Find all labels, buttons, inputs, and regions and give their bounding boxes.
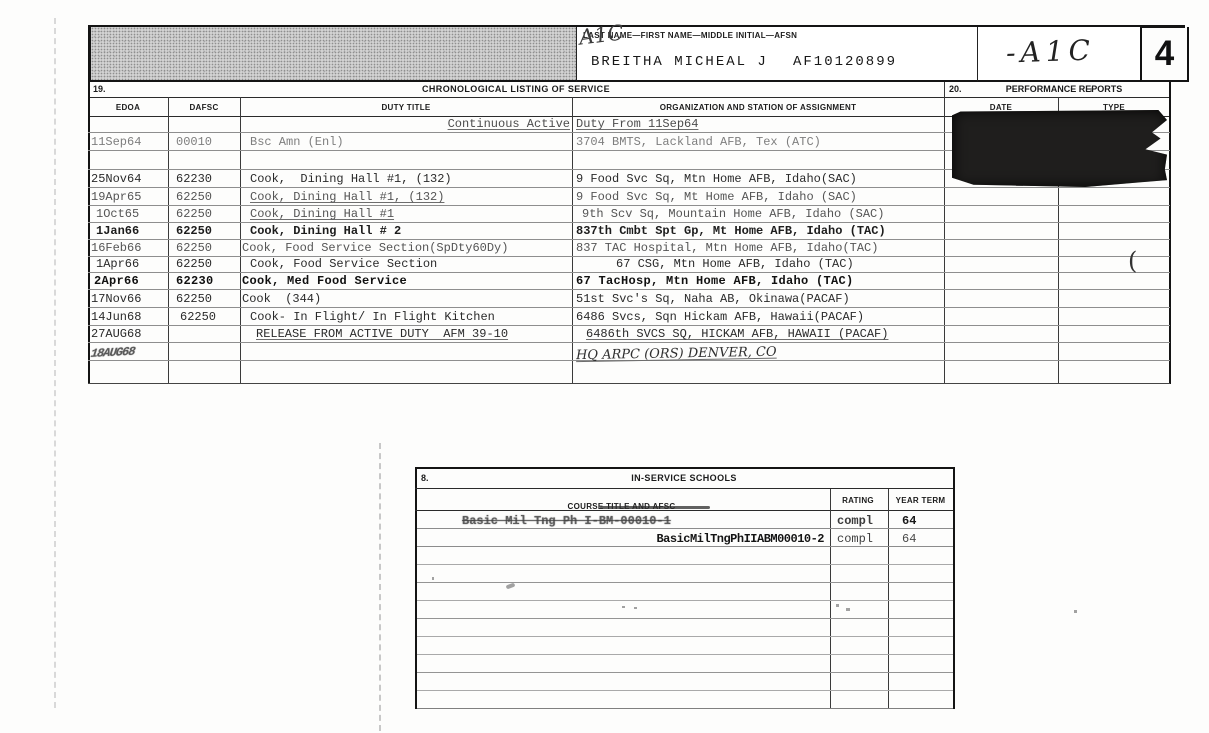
table-row: 1Oct65 62250 Cook, Dining Hall #1 9th Sc…	[88, 206, 1170, 223]
cell-edoa: 11Sep64	[88, 135, 168, 150]
service-record-form: LAST NAME—FIRST NAME—MIDDLE INITIAL—AFSN…	[88, 25, 1185, 385]
cell-duty: Cook, Dining Hall #1, (132)	[240, 172, 572, 187]
service-member-name: BREITHA MICHEAL J	[591, 54, 768, 70]
school-row-empty	[417, 565, 953, 583]
cell-org: 837th Cmbt Spt Gp, Mt Home AFB, Idaho (T…	[572, 224, 944, 239]
cell-edoa-stamp: 18AUG68	[87, 343, 169, 362]
continuous-duty-left: Continuous Active	[240, 117, 572, 132]
section-19-bar: 19. CHRONOLOGICAL LISTING OF SERVICE	[88, 82, 944, 97]
col-year-term: YEAR TERM	[888, 496, 953, 505]
cell-org: 9th Scv Sq, Mountain Home AFB, Idaho (SA…	[572, 207, 944, 222]
cell-dafsc: 62250	[168, 207, 240, 222]
section-20-title: PERFORMANCE REPORTS	[958, 84, 1170, 94]
grade-annotation-box: -A1C	[977, 27, 1141, 82]
section-8-title: IN-SERVICE SCHOOLS	[415, 473, 953, 483]
redaction-block	[952, 110, 1167, 187]
col-course-title: COURSE TITLE AND AFSC	[415, 502, 828, 511]
cell-edoa: 27AUG68	[88, 327, 168, 342]
cell-org: 6486th SVCS SQ, HICKAM AFB, HAWAII (PACA…	[572, 327, 944, 342]
col-duty-title: DUTY TITLE	[240, 103, 572, 112]
scan-speck	[846, 608, 850, 611]
cell-duty: Bsc Amn (Enl)	[240, 135, 572, 150]
table-row: 2Apr66 62230 Cook, Med Food Service 67 T…	[88, 273, 1170, 290]
cell-org: 3704 BMTS, Lackland AFB, Tex (ATC)	[572, 135, 944, 150]
fold-line-left	[54, 18, 56, 708]
school-row-empty	[417, 619, 953, 637]
cell-duty: Cook, Food Service Section	[240, 257, 572, 272]
schools-column-headers: COURSE TITLE AND AFSC RATING YEAR TERM	[415, 489, 953, 511]
table-row: 1Apr66 62250 Cook, Food Service Section …	[88, 257, 1170, 273]
table-row: 27AUG68 RELEASE FROM ACTIVE DUTY AFM 39-…	[88, 326, 1170, 343]
cell-dafsc: 62250	[168, 310, 240, 325]
cell-org: 9 Food Svc Sq, Mtn Home AFB, Idaho(SAC)	[572, 172, 944, 187]
cell-org: 67 CSG, Mtn Home AFB, Idaho (TAC)	[572, 257, 944, 272]
cell-course: Basic Mil Tng Ph I-BM-00010-1	[417, 514, 830, 528]
cell-rating: compl	[830, 532, 888, 546]
cell-rating: compl	[830, 514, 888, 528]
col-date: DATE	[944, 103, 1058, 112]
cell-edoa: 2Apr66	[88, 274, 168, 289]
shaded-header-block	[88, 27, 579, 82]
cell-dafsc: 62250	[168, 224, 240, 239]
table-row: 14Jun68 62250 Cook- In Flight/ In Flight…	[88, 308, 1170, 326]
school-row-empty	[417, 583, 953, 601]
col-organization: ORGANIZATION AND STATION OF ASSIGNMENT	[572, 103, 944, 112]
fold-line-center	[379, 443, 381, 731]
section-20-bar: 20. PERFORMANCE REPORTS	[944, 82, 1170, 97]
school-row-empty	[417, 691, 953, 709]
scan-speck	[1074, 610, 1077, 613]
table-row: 18AUG68 HQ ARPC (ORS) DENVER, CO	[88, 343, 1170, 361]
scan-speck	[432, 577, 434, 580]
cell-edoa: 1Apr66	[88, 257, 168, 272]
cell-duty: Cook- In Flight/ In Flight Kitchen	[240, 310, 572, 325]
cell-org: 837 TAC Hospital, Mtn Home AFB, Idaho(TA…	[572, 241, 944, 256]
scan-speck	[1090, 88, 1092, 92]
service-number: AF10120899	[793, 54, 897, 70]
cell-year: 64	[888, 532, 953, 546]
cell-edoa: 14Jun68	[88, 310, 168, 325]
cell-duty: Cook, Med Food Service	[240, 274, 572, 289]
section-19-title: CHRONOLOGICAL LISTING OF SERVICE	[88, 84, 944, 94]
cell-duty: Cook, Dining Hall #1	[240, 207, 572, 222]
cell-duty: Cook, Dining Hall # 2	[240, 224, 572, 239]
cell-dafsc: 62250	[168, 292, 240, 307]
table-row: 19Apr65 62250 Cook, Dining Hall #1, (132…	[88, 188, 1170, 206]
page-number-box: 4	[1140, 27, 1189, 82]
scan-speck	[836, 604, 839, 607]
cell-dafsc: 62250	[168, 241, 240, 256]
name-block: LAST NAME—FIRST NAME—MIDDLE INITIAL—AFSN…	[576, 27, 978, 82]
cell-org: 67 TacHosp, Mtn Home AFB, Idaho (TAC)	[572, 274, 944, 289]
scan-speck	[634, 607, 637, 609]
cell-org: 6486 Svcs, Sqn Hickam AFB, Hawaii(PACAF)	[572, 310, 944, 325]
col-edoa: EDOA	[88, 103, 168, 112]
school-row-empty	[417, 655, 953, 673]
cell-duty: Cook, Dining Hall #1, (132)	[240, 190, 572, 205]
cell-course: BasicMilTngPhIIABM00010-2	[417, 532, 830, 546]
cell-duty: Cook, Food Service Section(SpDty60Dy)	[240, 241, 572, 256]
section-8-bar: 8. IN-SERVICE SCHOOLS	[415, 469, 953, 489]
cell-dafsc: 00010	[168, 135, 240, 150]
table-row-empty	[88, 361, 1170, 384]
cell-edoa: 25Nov64	[88, 172, 168, 187]
cell-org: 9 Food Svc Sq, Mt Home AFB, Idaho (SAC)	[572, 190, 944, 205]
cell-year: 64	[888, 514, 953, 528]
school-row-empty	[417, 673, 953, 691]
handwritten-grade-right: -A1C	[1005, 33, 1095, 69]
ink-smear	[600, 506, 710, 509]
scan-speck	[622, 606, 625, 608]
cell-edoa: 16Feb66	[88, 241, 168, 256]
cell-duty: RELEASE FROM ACTIVE DUTY AFM 39-10	[240, 327, 572, 342]
cell-dafsc: 62230	[168, 172, 240, 187]
page-number: 4	[1155, 34, 1174, 74]
cell-duty: Cook (344)	[240, 292, 572, 307]
school-row: BasicMilTngPhIIABM00010-2 compl 64	[417, 529, 953, 547]
table-row: 16Feb66 62250 Cook, Food Service Section…	[88, 240, 1170, 257]
handwritten-grade-left: A1C	[578, 20, 625, 49]
school-row-empty	[417, 601, 953, 619]
cell-org: 51st Svc's Sq, Naha AB, Okinawa(PACAF)	[572, 292, 944, 307]
col-dafsc: DAFSC	[168, 103, 240, 112]
table-row: 1Jan66 62250 Cook, Dining Hall # 2 837th…	[88, 223, 1170, 240]
continuous-duty-right: Duty From 11Sep64	[572, 117, 944, 132]
cell-edoa: 19Apr65	[88, 190, 168, 205]
handwritten-paren-mark: (	[1128, 247, 1137, 275]
school-row: Basic Mil Tng Ph I-BM-00010-1 compl 64	[417, 511, 953, 529]
in-service-schools-form: 8. IN-SERVICE SCHOOLS COURSE TITLE AND A…	[415, 467, 955, 712]
school-row-empty	[417, 547, 953, 565]
school-row-empty	[417, 637, 953, 655]
cell-dafsc: 62230	[168, 274, 240, 289]
cell-edoa: 17Nov66	[88, 292, 168, 307]
cell-dafsc: 62250	[168, 257, 240, 272]
cell-edoa: 1Jan66	[88, 224, 168, 239]
cell-edoa: 1Oct65	[88, 207, 168, 222]
table-row: 17Nov66 62250 Cook (344) 51st Svc's Sq, …	[88, 290, 1170, 308]
col-rating: RATING	[828, 496, 888, 505]
cell-dafsc: 62250	[168, 190, 240, 205]
